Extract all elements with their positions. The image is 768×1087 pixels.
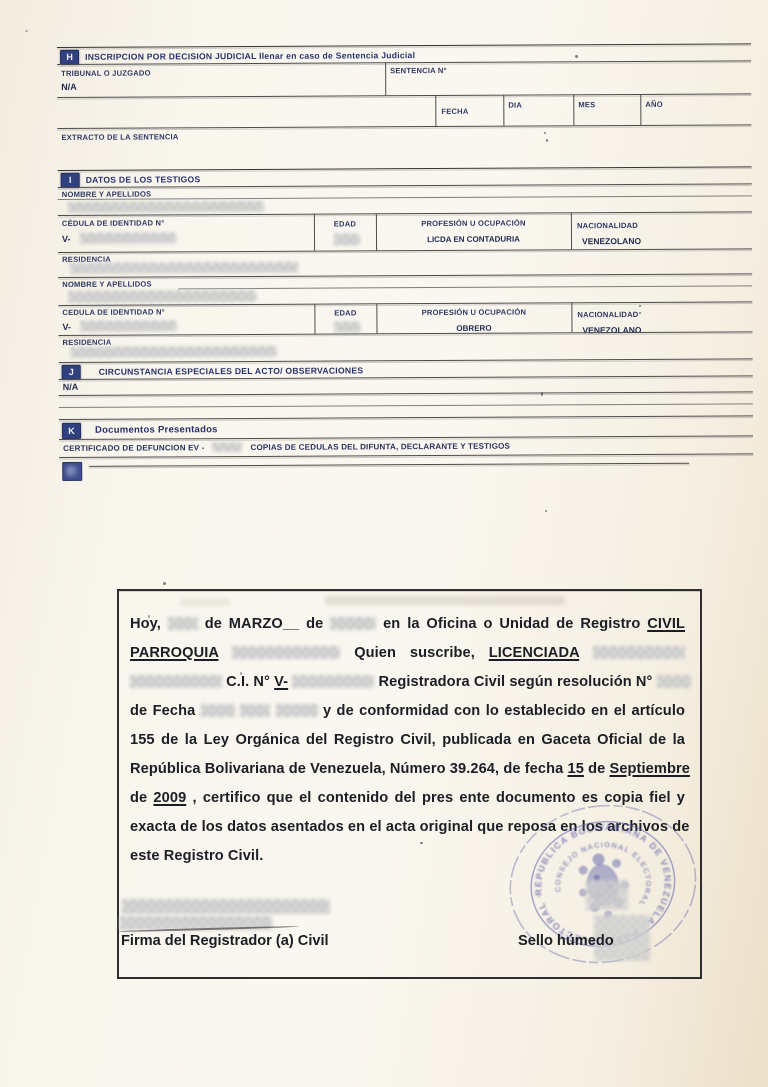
witness1-edad-label: EDAD: [314, 219, 376, 228]
text-run: 155 de la Ley Orgánica del Registro Civi…: [130, 732, 685, 748]
rule: [58, 248, 752, 253]
section-j-title: CIRCUNSTANCIA ESPECIALES DEL ACTO/ OBSER…: [99, 365, 364, 376]
witness1-cedula-label: CÉDULA DE IDENTIDAD N°: [62, 218, 165, 228]
seal-redacted-patch: [586, 880, 628, 910]
text-run: Septiembre: [609, 761, 689, 777]
text-run: Quien suscribe,: [354, 645, 475, 661]
witness2-nacionalidad-label: NACIONALIDAD: [577, 310, 638, 319]
documents-presented-line: CERTIFICADO DE DEFUNCION EV - COPIAS DE …: [63, 441, 510, 453]
section-h-title: INSCRIPCION POR DECISION JUDICIAL llenar…: [85, 50, 415, 62]
section-k-title: Documentos Presentados: [95, 424, 218, 436]
ano-label: AÑO: [645, 100, 663, 109]
witness1-residencia-redacted: [70, 262, 298, 274]
cert-line: C.I. N° V- Registradora Civil según reso…: [130, 668, 685, 697]
witness1-nombre-label: NOMBRE Y APELLIDOS: [62, 190, 152, 199]
rule: [89, 463, 689, 467]
witness1-cedula-redacted: [80, 232, 176, 244]
extracto-label: EXTRACTO DE LA SENTENCIA: [61, 132, 178, 142]
redacted-text: [240, 704, 270, 717]
redacted-text: [593, 646, 685, 659]
cert-line: 155 de la Ley Orgánica del Registro Civi…: [130, 726, 685, 755]
rule: [58, 166, 752, 171]
text-run: de: [588, 761, 605, 777]
scan-speck: [541, 392, 543, 396]
rule: [571, 302, 572, 332]
rule: [573, 94, 574, 125]
signature-redacted: [122, 899, 330, 914]
witness2-edad-label: EDAD: [314, 308, 376, 317]
text-run: CIVIL: [647, 616, 685, 632]
section-l-badge-redacted: [62, 462, 82, 481]
section-i-title: DATOS DE LOS TESTIGOS: [86, 174, 201, 185]
redacted-text: [232, 646, 340, 659]
rule: [58, 273, 752, 278]
tribunal-label: TRIBUNAL O JUZGADO: [61, 69, 151, 78]
sentencia-label: SENTENCIA N°: [390, 66, 447, 75]
cert-line: de Fecha y de conformidad con lo estable…: [130, 697, 685, 726]
scan-speck: [639, 305, 641, 307]
rule: [178, 285, 752, 289]
cert-line: Hoy, de MARZO__ de en la Oficina o Unida…: [130, 610, 685, 639]
rule: [503, 95, 504, 126]
mes-label: MES: [578, 100, 595, 109]
scan-speck: [575, 55, 578, 58]
bleedthrough-mark: [325, 596, 565, 605]
witness1-name-redacted: [68, 201, 264, 213]
witness2-cedula-redacted: [80, 320, 176, 332]
text-run: C.I. N°: [226, 674, 270, 690]
rule: [435, 95, 436, 126]
redacted-text: [201, 704, 235, 717]
rule: [59, 391, 753, 396]
tribunal-value: N/A: [61, 82, 77, 92]
scan-speck: [545, 510, 547, 512]
rule: [59, 453, 753, 458]
text-run: en la Oficina o Unidad de Registro: [383, 616, 640, 632]
witness2-residencia-label: RESIDENCIA: [63, 338, 112, 347]
text-run: 15: [568, 761, 584, 777]
section-j-value: N/A: [63, 382, 79, 392]
redacted-text: [330, 617, 376, 630]
witness2-cedula-prefix: V-: [62, 322, 71, 332]
scan-speck: [148, 615, 150, 618]
text-run: PARROQUIA: [130, 645, 218, 661]
redacted-text: [168, 617, 198, 630]
cert-line: República Bolivariana de Venezuela, Núme…: [130, 755, 685, 784]
redacted-text: [276, 704, 318, 717]
text-run: Hoy,: [130, 616, 161, 632]
section-h-badge: H: [60, 50, 79, 65]
section-k-badge: K: [62, 423, 81, 439]
rule: [59, 358, 753, 363]
witness2-name-redacted: [68, 290, 256, 303]
scan-speck: [420, 842, 423, 844]
witness2-edad-redacted: [334, 321, 360, 332]
redacted-text: [292, 675, 374, 688]
scan-speck: [544, 132, 546, 134]
dia-label: DIA: [508, 101, 522, 110]
witness1-edad-redacted: [334, 233, 360, 245]
witness1-cedula-prefix: V-: [62, 234, 71, 244]
firma-label: Firma del Registrador (a) Civil: [121, 933, 329, 949]
scan-speck: [546, 139, 548, 142]
text-run: de MARZO__ de: [205, 616, 324, 632]
section-i-badge: I: [61, 173, 80, 188]
section-j-badge: J: [62, 365, 81, 380]
text-run: este Registro Civil.: [130, 848, 263, 864]
bleedthrough-mark: [180, 599, 230, 606]
witness2-nacionalidad-value: VENEZOLANO: [582, 325, 641, 335]
witness2-profesion-label: PROFESIÓN U OCUPACIÓN: [376, 307, 571, 317]
rule: [57, 124, 751, 129]
scan-speck: [25, 30, 28, 32]
witness1-nacionalidad-value: VENEZOLANO: [582, 236, 641, 246]
rule: [58, 195, 752, 200]
witness1-profesion-label: PROFESIÓN U OCUPACIÓN: [376, 218, 571, 228]
text-run: LICENCIADA: [489, 645, 579, 661]
text-run: 2009: [153, 790, 186, 806]
rule: [571, 212, 572, 249]
text-run: y de conformidad con lo establecido en e…: [323, 703, 685, 719]
doc-part2: COPIAS DE CEDULAS DEL DIFUNTA, DECLARANT…: [250, 441, 510, 451]
redacted-text: [130, 675, 222, 688]
witness2-nombre-label: NOMBRE Y APELLIDOS: [62, 280, 152, 289]
scan-speck: [240, 672, 242, 675]
fecha-label: FECHA: [441, 107, 468, 116]
witness1-profesion-value: LICDA EN CONTADURIA: [376, 234, 571, 244]
witness2-cedula-label: CEDULA DE IDENTIDAD N°: [62, 307, 165, 317]
rule: [59, 435, 753, 440]
rule: [640, 94, 641, 125]
text-run: de: [130, 790, 147, 806]
redacted-text: [657, 675, 691, 688]
rule: [59, 415, 753, 420]
text-run: V-: [274, 674, 288, 690]
text-run: República Bolivariana de Venezuela, Núme…: [130, 761, 563, 777]
rule: [385, 62, 386, 95]
rule: [57, 43, 751, 48]
witness2-residencia-redacted: [71, 346, 277, 358]
rule: [59, 403, 753, 408]
text-run: Registradora Civil según resolución N°: [378, 674, 652, 690]
doc-number-redacted: [212, 442, 242, 452]
scan-speck: [639, 312, 641, 314]
sello-label: Sello húmedo: [518, 933, 614, 949]
doc-part1: CERTIFICADO DE DEFUNCION EV -: [63, 443, 204, 453]
scanned-civil-registry-page: H INSCRIPCION POR DECISION JUDICIAL llen…: [0, 0, 768, 1087]
scan-speck: [163, 582, 166, 585]
witness1-nacionalidad-label: NACIONALIDAD: [577, 221, 638, 230]
civil-registry-form: H INSCRIPCION POR DECISION JUDICIAL llen…: [57, 43, 753, 483]
cert-line: PARROQUIA Quien suscribe, LICENCIADA: [130, 639, 685, 668]
text-run: de Fecha: [130, 703, 195, 719]
rule: [57, 93, 751, 98]
